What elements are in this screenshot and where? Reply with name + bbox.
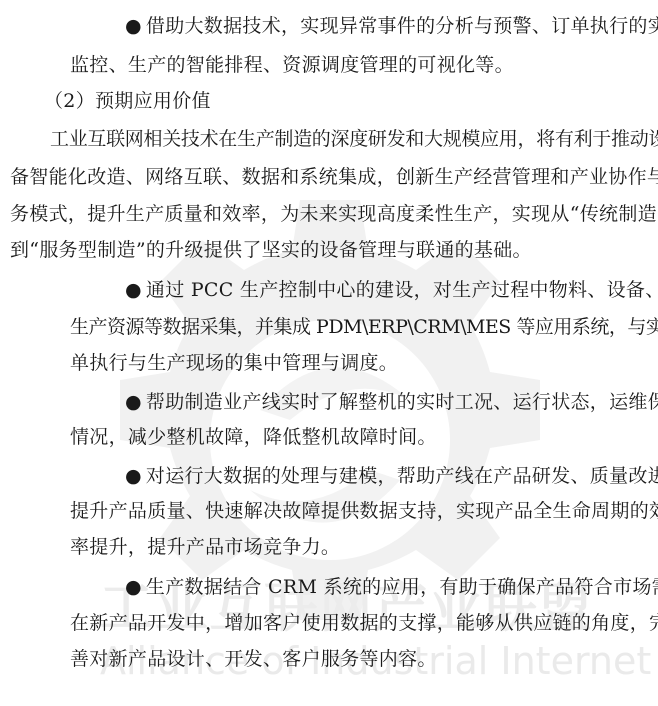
bullet-item-1-line-2: 监控、生产的智能排程、资源调度管理的可视化等。 [70,53,514,77]
document-body: ●借助大数据技术，实现异常事件的分析与预警、订单执行的实时 监控、生产的智能排程… [0,0,658,706]
section-heading: （2）预期应用价值 [44,89,211,113]
bullet-icon: ● [125,390,142,414]
bullet-icon: ● [125,14,142,38]
bullet-item-4-line-3: 率提升，提升产品市场竞争力。 [70,535,340,559]
paragraph-line-2: 备智能化改造、网络互联、数据和系统集成，创新生产经营管理和产业协作与服 [10,165,658,189]
bullet-item-2-line-2: 生产资源等数据采集，并集成 PDM\ERP\CRM\MES 等应用系统，与实现订 [70,315,658,339]
bullet-item-1-line-1: ●借助大数据技术，实现异常事件的分析与预警、订单执行的实时 [125,14,658,38]
paragraph-line-4: 到“服务型制造”的升级提供了坚实的设备管理与联通的基础。 [10,238,532,262]
paragraph-line-3: 务模式，提升生产质量和效率，为未来实现高度柔性生产，实现从“传统制造” [10,202,658,226]
bullet-item-5-line-1: ●生产数据结合 CRM 系统的应用，有助于确保产品符合市场需求， [125,575,658,599]
bullet-item-4-line-1: ●对运行大数据的处理与建模，帮助产线在产品研发、质量改进、 [125,464,658,488]
bullet-icon: ● [125,575,142,599]
bullet-item-5-line-3: 善对新产品设计、开发、客户服务等内容。 [70,647,437,671]
bullet-item-3-line-2: 情况，减少整机故障，降低整机故障时间。 [70,425,437,449]
bullet-item-2-line-3: 单执行与生产现场的集中管理与调度。 [70,351,398,375]
bullet-item-2-line-1: ●通过 PCC 生产控制中心的建设，对生产过程中物料、设备、辅助 [125,278,658,302]
bullet-item-4-line-2: 提升产品质量、快速解决故障提供数据支持，实现产品全生命周期的效 [70,499,658,523]
bullet-item-5-line-2: 在新产品开发中，增加客户使用数据的支撑，能够从供应链的角度，完 [70,611,658,635]
paragraph-line-1: 工业互联网相关技术在生产制造的深度研发和大规模应用，将有利于推动设 [50,127,658,151]
bullet-item-3-line-1: ●帮助制造业产线实时了解整机的实时工况、运行状态，运维保养 [125,390,658,414]
bullet-icon: ● [125,464,142,488]
bullet-icon: ● [125,278,142,302]
